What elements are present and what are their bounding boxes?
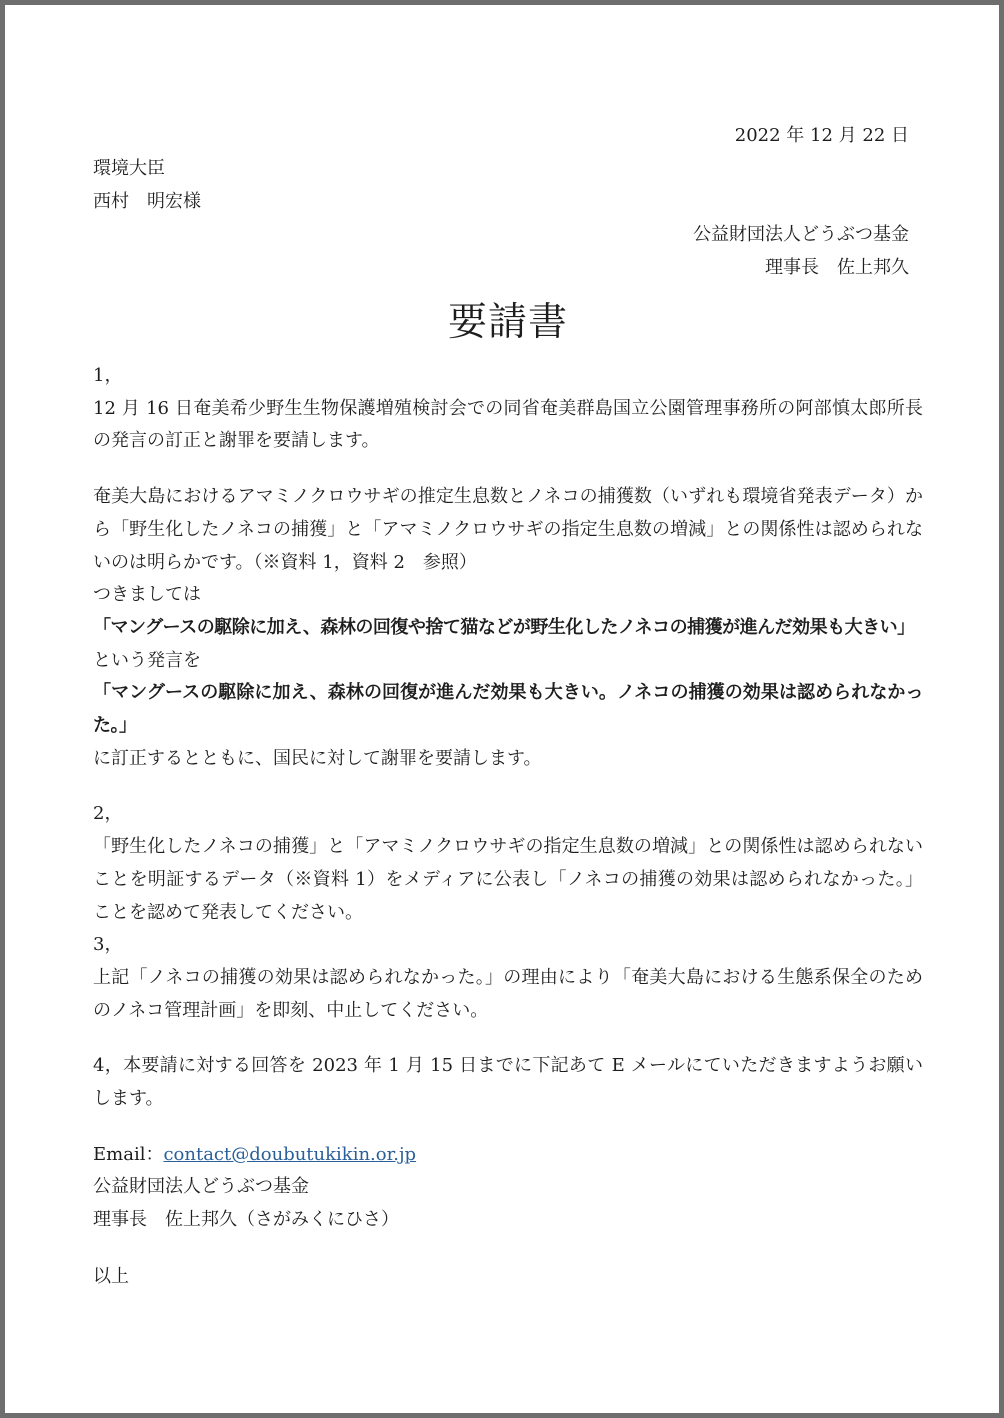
section-1-text: 12 月 16 日奄美希少野生生物保護増殖検討会での同省奄美群島国立公園管理事務…	[93, 393, 923, 458]
quoted-statement-original: 「マングースの駆除に加え、森林の回復や捨て猫などが野生化したノネコの捕獲が進んだ…	[93, 612, 923, 645]
email-label: Email：	[93, 1144, 163, 1165]
section-1-number: 1，	[93, 360, 923, 393]
section-2-text: 「野生化したノネコの捕獲」と「アマミノクロウサギの指定生息数の増減」との関係性は…	[93, 831, 923, 929]
email-line: Email：contact@doubutukikin.or.jp	[93, 1139, 923, 1172]
footer-org: 公益財団法人どうぶつ基金	[93, 1171, 923, 1204]
date-line: 2022 年 12 月 22 日	[93, 119, 923, 152]
paragraph-request-apology: に訂正するとともに、国民に対して謝罪を要請します。	[93, 743, 923, 776]
sender-org: 公益財団法人どうぶつ基金	[93, 218, 923, 251]
document-content: 2022 年 12 月 22 日 環境大臣 西村 明宏様 公益財団法人どうぶつ基…	[5, 5, 999, 1294]
paragraph-connector: という発言を	[93, 645, 923, 678]
document-page: 2022 年 12 月 22 日 環境大臣 西村 明宏様 公益財団法人どうぶつ基…	[0, 0, 1004, 1418]
paragraph-evidence: 奄美大島におけるアマミノクロウサギの推定生息数とノネコの捕獲数（いずれも環境省発…	[93, 481, 923, 579]
sender-title: 理事長 佐上邦久	[93, 251, 923, 284]
closing-word: 以上	[93, 1261, 923, 1294]
paragraph-lead-in: つきましては	[93, 579, 923, 612]
document-footer: Email：contact@doubutukikin.or.jp 公益財団法人ど…	[93, 1139, 923, 1294]
section-4-text: 4，本要請に対する回答を 2023 年 1 月 15 日までに下記あて E メー…	[93, 1050, 923, 1115]
document-title: 要請書	[93, 296, 923, 350]
section-3-text: 上記「ノネコの捕獲の効果は認められなかった。」の理由により「奄美大島における生態…	[93, 962, 923, 1027]
section-3-number: 3，	[93, 929, 923, 962]
email-link[interactable]: contact@doubutukikin.or.jp	[163, 1144, 416, 1165]
footer-president: 理事長 佐上邦久（さがみくにひさ）	[93, 1204, 923, 1237]
section-2-number: 2，	[93, 798, 923, 831]
document-body: 1，12 月 16 日奄美希少野生生物保護増殖検討会での同省奄美群島国立公園管理…	[93, 360, 923, 1116]
quoted-statement-corrected: 「マングースの駆除に加え、森林の回復が進んだ効果も大きい。ノネコの捕獲の効果は認…	[93, 677, 923, 742]
recipient-title: 環境大臣	[93, 152, 923, 185]
recipient-name: 西村 明宏様	[93, 185, 923, 218]
